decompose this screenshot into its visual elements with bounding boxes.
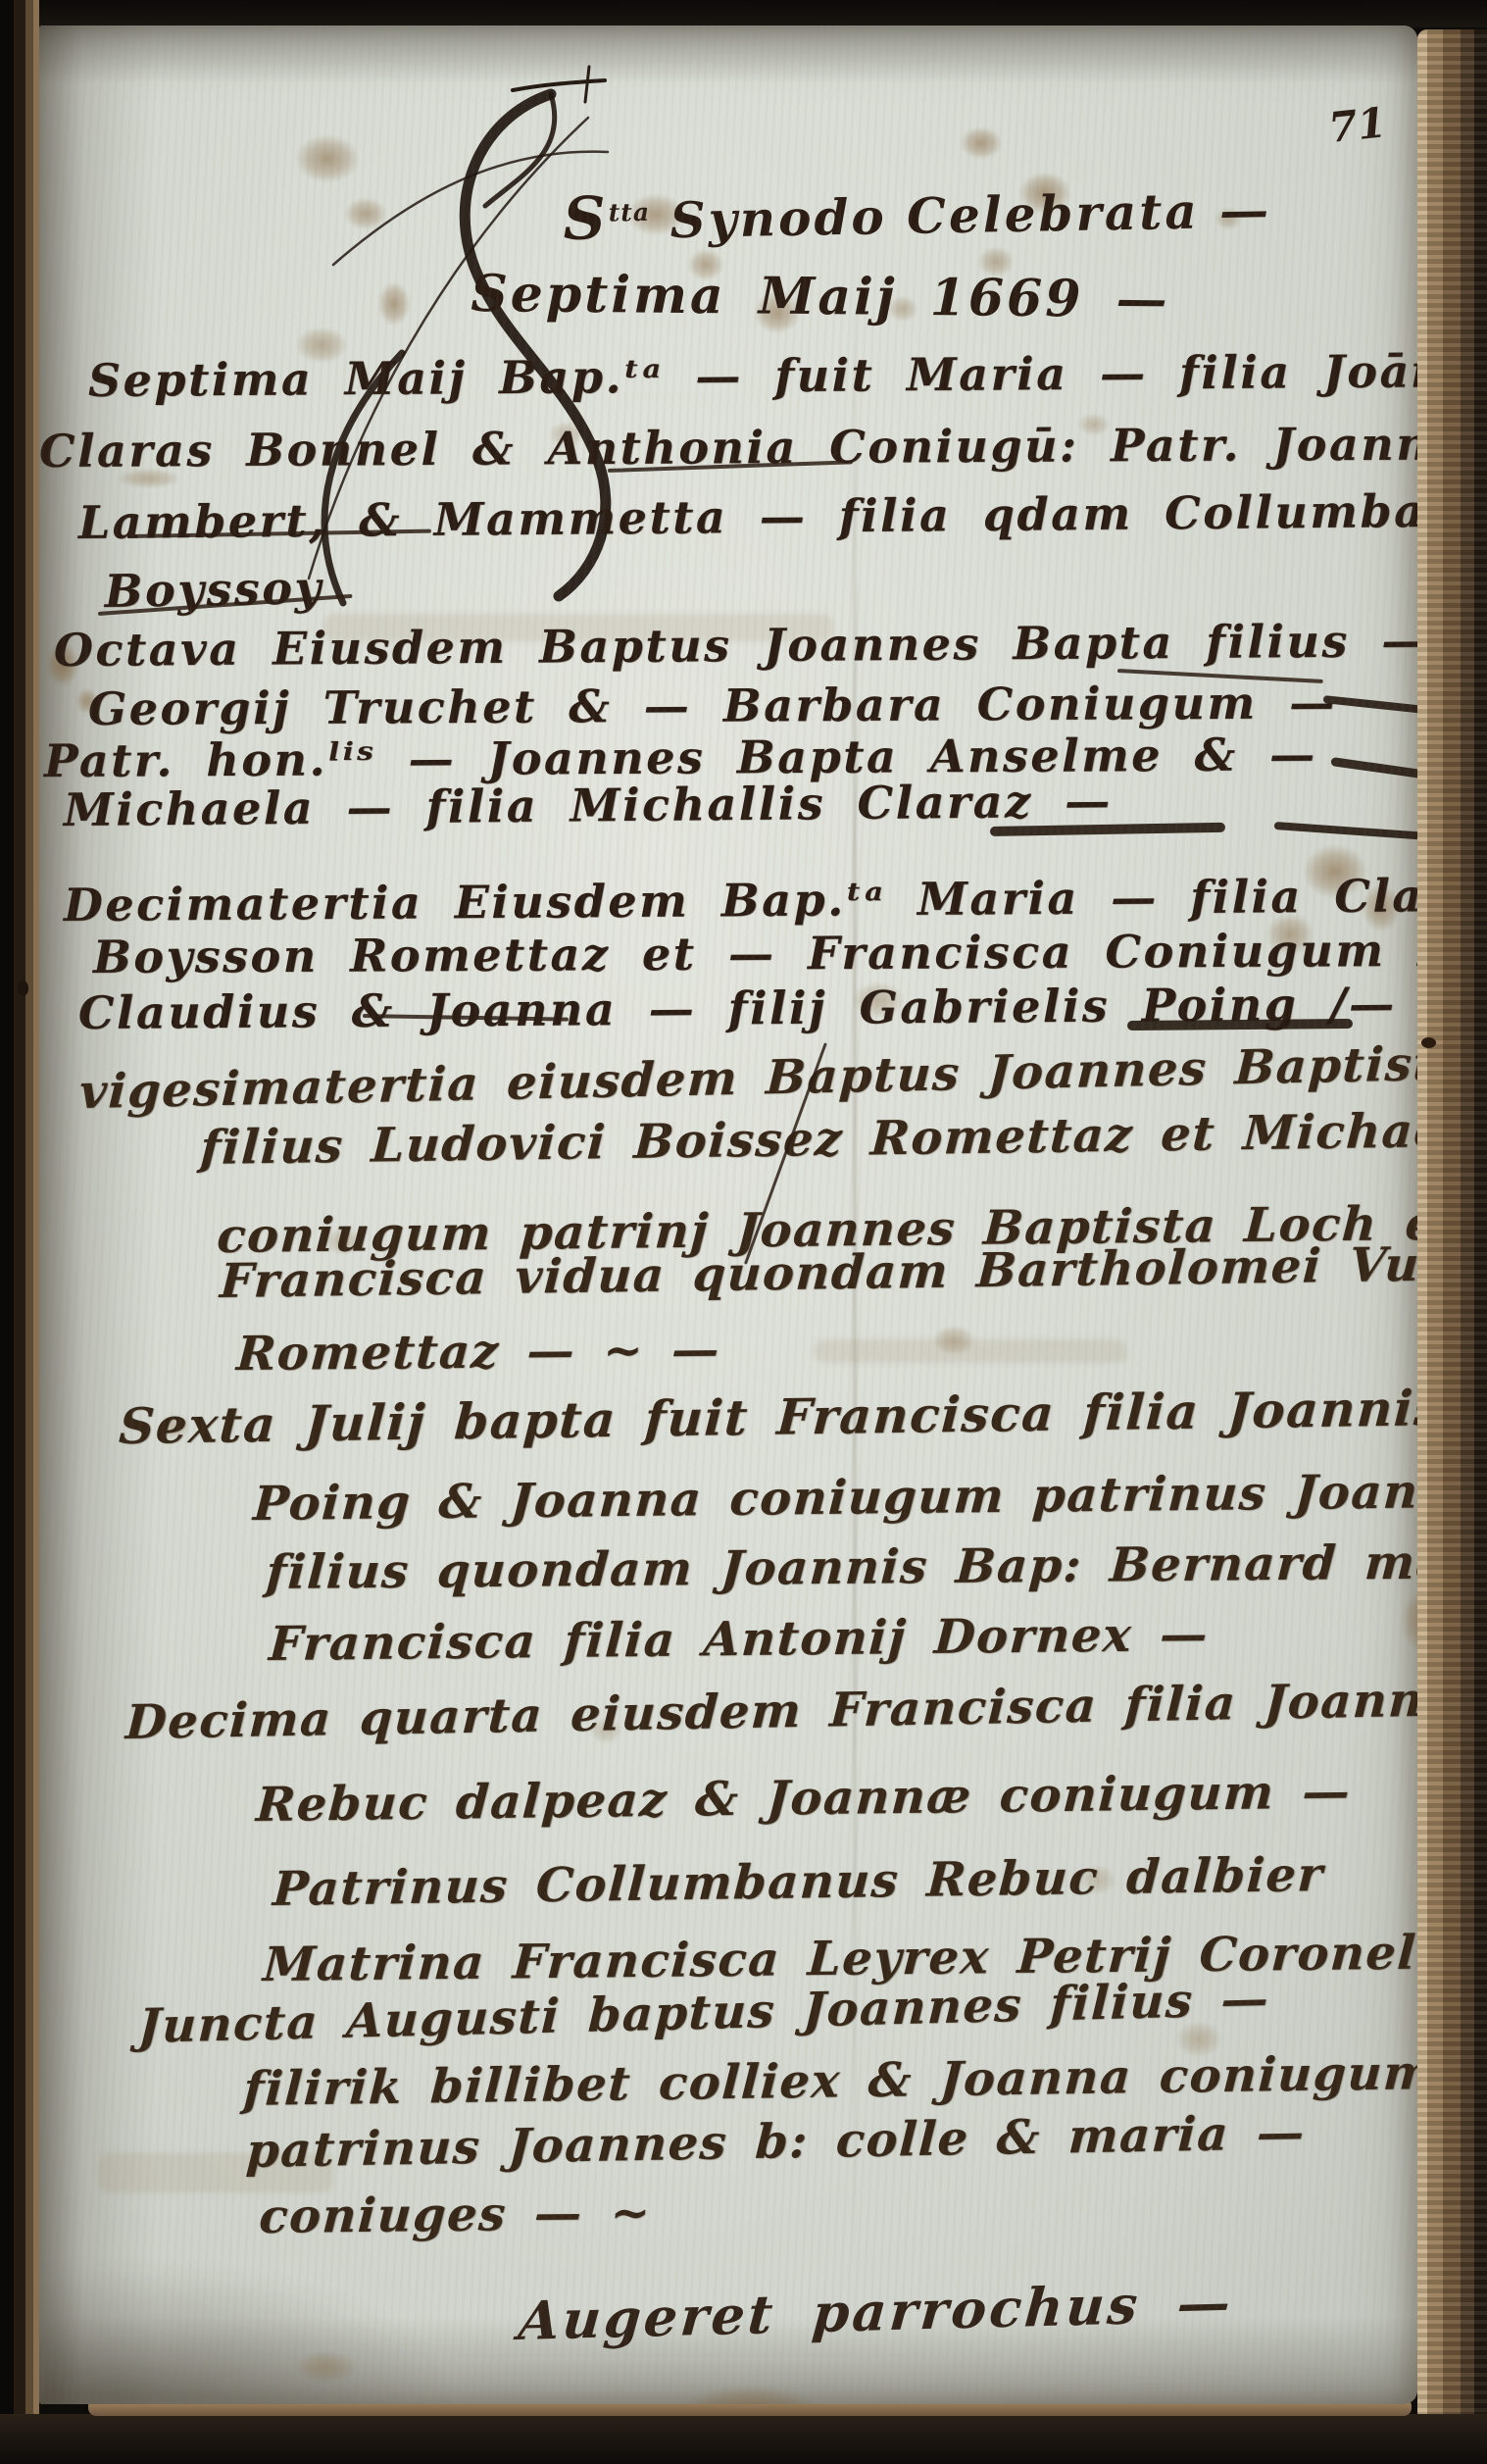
synod-title-date: Septima Maij 1669 — [471,269,1170,326]
entry3-line2: Boysson Romettaz et — Francisca Coniugum… [93,927,1417,980]
manuscript-page: 71 Stta Synodo Celebrata — Septima Maij … [39,25,1417,2404]
page-stack-edge [1417,29,1487,2422]
entry7-line4: coniuges — ~ [258,2189,653,2240]
entry1-line3: Lambert, & Mammetta — filia qdam Collumb… [78,488,1417,545]
entry7-line2: filirik billibet colliex & Joanna coniug… [242,2049,1417,2113]
margin-tick-mark-icon [505,65,613,104]
corner-shadow [39,2261,451,2404]
photo-frame: 71 Stta Synodo Celebrata — Septima Maij … [0,0,1487,2464]
foxing-spot [1402,1590,1417,1651]
entry2-line1: Octava Eiusdem Baptus Joannes Bapta fili… [54,618,1417,673]
entry5-line1: Sexta Julij bapta fuit Francisca filia J… [118,1382,1417,1451]
priest-signature: Augeret parrochus — [517,2276,1235,2347]
entry2-line4: Michaela — filia Michallis Claraz — [64,779,1113,832]
foxing-spot [296,2351,357,2383]
entry2-line2: Georgij Truchet & — Barbara Coniugum — [88,679,1337,731]
foxing-spot [961,127,1002,159]
title-rest: Synodo Celebrata — [650,180,1272,249]
entry4-line2: filius Ludovici Boissez Romettaz et Mich… [199,1106,1417,1172]
entry5-line3: filius quondam Joannis Bap: Bernard matr… [265,1537,1417,1596]
title-initial: S [563,184,610,254]
margin-dash [1274,822,1417,839]
ink-dot [1421,1037,1436,1048]
entry6-line2: Rebuc dalpeaz & Joannæ coniugum — [255,1768,1352,1829]
page-number: 71 [1327,102,1389,149]
foxing-spot [933,1326,974,1355]
ink-bar [1127,1019,1353,1031]
foxing-spot [686,2387,814,2404]
entry5-line2: Poing & Joanna coniugum patrinus Joannes [252,1468,1417,1528]
synod-title: Stta Synodo Celebrata — [563,177,1272,249]
photo-top-edge [0,0,1487,27]
book-binding-edge [0,0,39,2464]
entry2-line3: Patr. hon.ˡⁱˢ — Joannes Bapta Anselme & … [44,731,1317,783]
title-superscript: tta [608,198,650,227]
entry7-line3: patrinus Joannes b: colle & maria — [245,2109,1307,2175]
entry6-line3: Patrinus Collumbanus Rebuc dalbier [272,1851,1325,1913]
entry6-line1: Decima quarta eiusdem Francisca filia Jo… [124,1676,1417,1746]
margin-dash [1323,695,1417,714]
photo-bottom-edge [0,2414,1487,2464]
margin-dash [1330,757,1417,779]
entry4-line5: Romettaz — ~ — [235,1327,721,1378]
entry4-line1: vigesimatertia eiusdem Baptus Joannes Ba… [78,1039,1417,1116]
ink-dot [18,981,28,996]
entry1-line1: Septima Maij Bap.ᵗᵃ — fuit Maria — filia… [88,347,1417,403]
entry3-line1: Decimatertia Eiusdem Bap.ᵗᵃ Maria — fili… [64,873,1417,928]
entry5-line4: Francisca filia Antonij Dornex — [268,1611,1210,1668]
